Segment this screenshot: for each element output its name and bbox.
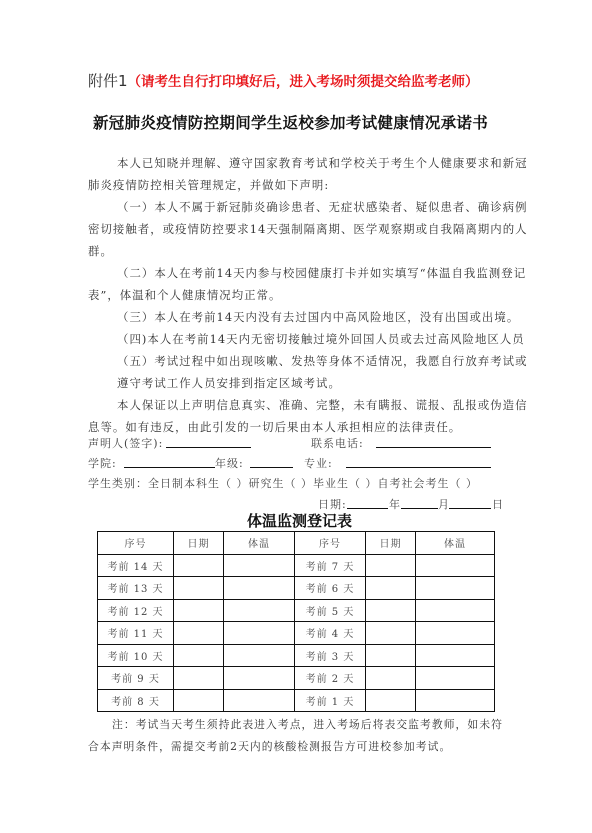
date-cell[interactable] (174, 689, 224, 712)
header-temp: 体温 (416, 532, 495, 555)
body-line: 表”，体温和个人健康情况均正常。 (88, 287, 281, 303)
day-label-cell: 考前 5 天 (295, 599, 366, 622)
signer-field[interactable] (166, 447, 251, 448)
table-row: 考前 8 天 考前 1 天 (98, 689, 495, 712)
month-field[interactable] (401, 508, 438, 509)
day-label-cell: 考前 14 天 (98, 554, 174, 577)
day-label-cell: 考前 7 天 (295, 554, 366, 577)
date-cell[interactable] (174, 599, 224, 622)
body-line: 密切接触者，或疫情防控要求14天强制隔离期、医学观察期或自我隔离期内的人 (88, 221, 528, 237)
table-row: 考前 13 天 考前 6 天 (98, 577, 495, 600)
body-line: 本人保证以上声明信息真实、准确、完整，未有瞒报、谎报、乱报或伪造信 (117, 397, 528, 413)
attachment-label: 附件1 (88, 72, 128, 90)
day-label-cell: 考前 11 天 (98, 622, 174, 645)
header-seq: 序号 (295, 532, 366, 555)
day-label-cell: 考前 6 天 (295, 577, 366, 600)
footer-note-line: 合本声明条件，需提交考前2天内的核酸检测报告方可进校参加考试。 (88, 739, 451, 754)
table-header-row: 序号 日期 体温 序号 日期 体温 (98, 532, 495, 555)
attachment-note: （请考生自行打印填好后，进入考场时须提交给监考老师） (128, 74, 479, 90)
footer-note-line: 注：考试当天考生须持此表进入考点，进入考场后将表交监考教师，如未符 (112, 717, 503, 732)
grade-field[interactable] (250, 467, 293, 468)
temp-cell[interactable] (416, 644, 495, 667)
body-line: （二）本人在考前14天内参与校园健康打卡并如实填写“体温自我监测登记 (117, 265, 526, 281)
temp-cell[interactable] (416, 689, 495, 712)
day-label-cell: 考前 2 天 (295, 667, 366, 690)
year-label: 年 (389, 496, 401, 512)
temp-cell[interactable] (224, 622, 295, 645)
day-label-cell: 考前 4 天 (295, 622, 366, 645)
temp-cell[interactable] (224, 689, 295, 712)
student-category[interactable]: 学生类别：全日制本科生（ ）研究生（ ）毕业生（ ）自考社会考生（ ） (88, 475, 478, 491)
month-label: 月 (438, 496, 450, 512)
table-title: 体温监测登记表 (247, 510, 352, 531)
table-row: 考前 10 天 考前 3 天 (98, 644, 495, 667)
temp-cell[interactable] (416, 599, 495, 622)
header-date: 日期 (366, 532, 416, 555)
major-field[interactable] (346, 467, 491, 468)
major-label: 专业: (304, 455, 333, 471)
date-cell[interactable] (174, 667, 224, 690)
day-label-cell: 考前 12 天 (98, 599, 174, 622)
table-row: 考前 14 天 考前 7 天 (98, 554, 495, 577)
temp-cell[interactable] (224, 667, 295, 690)
phone-label: 联系电话: (311, 435, 364, 451)
temp-cell[interactable] (224, 599, 295, 622)
college-label: 学院: (88, 455, 117, 471)
year-field[interactable] (347, 508, 388, 509)
header-seq: 序号 (98, 532, 174, 555)
date-cell[interactable] (174, 554, 224, 577)
header-temp: 体温 (224, 532, 295, 555)
day-label-cell: 考前 9 天 (98, 667, 174, 690)
temp-cell[interactable] (416, 622, 495, 645)
attachment-heading: 附件1（请考生自行打印填好后，进入考场时须提交给监考老师） (88, 70, 479, 91)
header-date: 日期 (174, 532, 224, 555)
body-line: 息等。如有违反，由此引发的一切后果由本人承担相应的法律责任。 (88, 419, 461, 435)
body-line: 本人已知晓并理解、遵守国家教育考试和学校关于考生个人健康要求和新冠 (117, 155, 528, 171)
date-cell[interactable] (366, 599, 416, 622)
table-row: 考前 11 天 考前 4 天 (98, 622, 495, 645)
temp-cell[interactable] (416, 667, 495, 690)
date-cell[interactable] (174, 622, 224, 645)
date-cell[interactable] (366, 622, 416, 645)
temp-cell[interactable] (224, 644, 295, 667)
temperature-table: 序号 日期 体温 序号 日期 体温 考前 14 天 考前 7 天 考前 13 天… (97, 531, 495, 712)
day-label-cell: 考前 1 天 (295, 689, 366, 712)
grade-label: 年级: (215, 455, 244, 471)
document-title: 新冠肺炎疫情防控期间学生返校参加考试健康情况承诺书 (93, 111, 488, 133)
temp-cell[interactable] (224, 554, 295, 577)
table-row: 考前 12 天 考前 5 天 (98, 599, 495, 622)
body-line: 肺炎疫情防控相关管理规定，并做如下声明: (88, 177, 329, 193)
body-line: （三）本人在考前14天内没有去过国内中高风险地区，没有出国或出境。 (117, 309, 519, 325)
temp-cell[interactable] (416, 554, 495, 577)
table-row: 考前 9 天 考前 2 天 (98, 667, 495, 690)
day-label-cell: 考前 13 天 (98, 577, 174, 600)
temp-cell[interactable] (224, 577, 295, 600)
date-cell[interactable] (366, 577, 416, 600)
body-line: （一）本人不属于新冠肺炎确诊患者、无症状感染者、疑似患者、确诊病例 (117, 199, 528, 215)
date-cell[interactable] (366, 667, 416, 690)
date-cell[interactable] (366, 644, 416, 667)
phone-field[interactable] (376, 447, 491, 448)
date-cell[interactable] (174, 577, 224, 600)
date-cell[interactable] (174, 644, 224, 667)
day-label-cell: 考前 3 天 (295, 644, 366, 667)
college-field[interactable] (124, 467, 215, 468)
body-line: （五）考试过程中如出现咳嗽、发热等身体不适情况，我愿自行放弃考试或 (117, 353, 528, 369)
day-label-cell: 考前 10 天 (98, 644, 174, 667)
body-line: （四)本人在考前14天内无密切接触过境外回国人员或去过高风险地区人员 (117, 331, 525, 347)
body-line: 遵守考试工作人员安排到指定区域考试。 (117, 375, 341, 391)
temp-cell[interactable] (416, 577, 495, 600)
date-cell[interactable] (366, 554, 416, 577)
date-cell[interactable] (366, 689, 416, 712)
day-label-cell: 考前 8 天 (98, 689, 174, 712)
signer-label: 声明人(签字): (88, 435, 163, 451)
day-field[interactable] (449, 508, 491, 509)
body-line: 群。 (88, 243, 113, 259)
day-label: 日 (492, 496, 504, 512)
